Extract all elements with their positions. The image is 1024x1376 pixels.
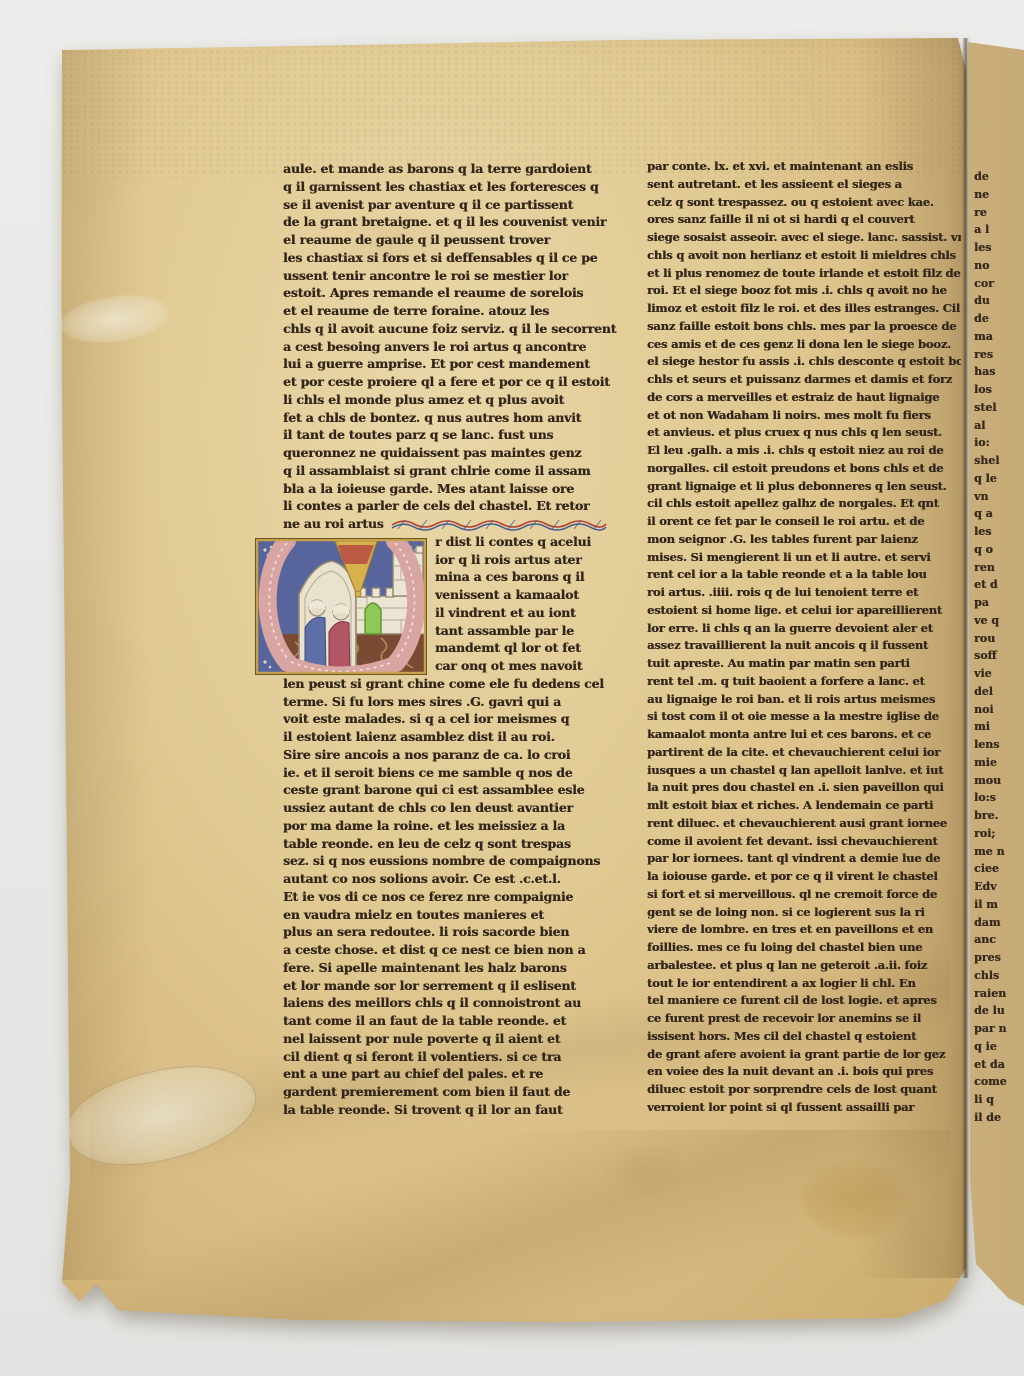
text-line-fragment: les — [974, 239, 1024, 257]
text-line: par conte. lx. et xvi. et maintenant an … — [647, 158, 961, 176]
text-line: tant come il an faut de la table reonde.… — [283, 1012, 635, 1030]
text-line: por ma dame la roine. et les meissiez a … — [283, 817, 635, 835]
text-line: ussent tenir ancontre le roi se mestier … — [283, 267, 635, 285]
text-line: si tost com il ot oie messe a la mestre … — [647, 708, 961, 726]
text-line: et por ceste proiere ql a fere et por ce… — [283, 373, 635, 391]
text-line: lui a guerre amprise. Et por cest mandem… — [283, 355, 635, 373]
text-line: gardent premierement com bien il faut de — [283, 1083, 635, 1101]
text-line: il estoient laienz asamblez dist il au r… — [283, 728, 635, 746]
text-line: q il garnissent les chastiax et les fort… — [283, 178, 635, 196]
text-line-fragment: los — [974, 381, 1024, 399]
text-line: estoient si home lige. et celui ior apar… — [647, 602, 961, 620]
text-line-fragment: mie — [974, 754, 1024, 772]
text-line-fragment: cor — [974, 275, 1024, 293]
text-line-fragment: me n — [974, 843, 1024, 861]
text-line: chls q il avoit aucune foiz serviz. q il… — [283, 320, 635, 338]
text-line-fragment: rou — [974, 630, 1024, 648]
text-line: ce furent prest de recevoir lor anemins … — [647, 1010, 961, 1028]
text-line-fragment: et d — [974, 576, 1024, 594]
text-line: a ceste chose. et dist q ce nest ce bien… — [283, 941, 635, 959]
text-line: il tant de toutes parz q se lanc. fust u… — [283, 426, 635, 444]
text-line: arbalestee. et plus q lan ne geteroit .a… — [647, 957, 961, 975]
text-line: roi. Et el siege booz fot mis .i. chls q… — [647, 282, 961, 300]
text-line: ie. et il seroit biens ce me samble q no… — [283, 764, 635, 782]
text-line-fragment: res — [974, 346, 1024, 364]
initial-intro-line: ne au roi artus — [283, 515, 635, 533]
text-line: ussiez autant de chls co len deust avant… — [283, 799, 635, 817]
text-line: len peust si grant chine come ele fu ded… — [283, 675, 635, 693]
text-line: foillies. mes ce fu loing del chastel bi… — [647, 939, 961, 957]
text-line: tout le ior entendirent a ax logier li c… — [647, 975, 961, 993]
text-line-fragment: les — [974, 523, 1024, 541]
manuscript-photo: aule. et mande as barons q la terre gard… — [0, 0, 1024, 1376]
text-line: norgalles. cil estoit preudons et bons c… — [647, 460, 961, 478]
text-line: cil chls estoit apellez galhz de norgale… — [647, 495, 961, 513]
text-line-fragment: mou — [974, 772, 1024, 790]
text-line: si fort et si merveillous. ql ne cremoit… — [647, 886, 961, 904]
text-line: rent tel .m. q tuit baoient a forfere a … — [647, 673, 961, 691]
text-line: r dist li contes q acelui — [435, 533, 635, 551]
text-line: li chls el monde plus amez et q plus avo… — [283, 391, 635, 409]
text-line: limoz et estoit filz le roi. et des ille… — [647, 300, 961, 318]
text-line: ceste grant barone qui ci est assamblee … — [283, 781, 635, 799]
text-line: ne au roi artus — [283, 515, 384, 533]
text-line-fragment: io: — [974, 434, 1024, 452]
parchment-stain — [800, 1160, 910, 1240]
text-line-fragment: ne — [974, 186, 1024, 204]
text-line: car onq ot mes navoit — [435, 657, 635, 675]
historiated-initial — [255, 538, 427, 675]
text-line: roi artus. .iiii. rois q de lui tenoient… — [647, 584, 961, 602]
text-line: lor erre. li chls q an la guerre devoien… — [647, 620, 961, 638]
text-line: autant co nos solions avoir. Ce est .c.e… — [283, 870, 635, 888]
text-line: come il avoient fet devant. issi chevauc… — [647, 833, 961, 851]
text-line-fragment: a l — [974, 221, 1024, 239]
text-line-fragment: de — [974, 310, 1024, 328]
text-line-fragment: anc — [974, 931, 1024, 949]
text-line: laiens des meillors chls q il connoistro… — [283, 994, 635, 1012]
text-line-fragment: re — [974, 204, 1024, 222]
text-line: el siege hestor fu assis .i. chls descon… — [647, 353, 961, 371]
text-line: et el reaume de terre foraine. atouz les — [283, 302, 635, 320]
text-line: ior q li rois artus ater — [435, 551, 635, 569]
text-line-fragment: has — [974, 363, 1024, 381]
text-line: aule. et mande as barons q la terre gard… — [283, 160, 635, 178]
text-line: tuit apreste. Au matin par matin sen par… — [647, 655, 961, 673]
left-lower-block: len peust si grant chine come ele fu ded… — [283, 675, 635, 1119]
text-line-fragment: et da — [974, 1056, 1024, 1074]
parchment-stain — [600, 1140, 690, 1200]
text-line-fragment: lens — [974, 736, 1024, 754]
text-line: fet a chls de bontez. q nus autres hom a… — [283, 409, 635, 427]
parchment-scar — [57, 289, 172, 350]
text-line: tel maniere ce furent cil de lost logie.… — [647, 992, 961, 1010]
text-line: par lor iornees. tant ql vindrent a demi… — [647, 850, 961, 868]
text-line: de cors a merveilles et estraiz de haut … — [647, 389, 961, 407]
text-line: sez. si q nos eussions nombre de compaig… — [283, 852, 635, 870]
text-line: partirent de la cite. et chevauchierent … — [647, 744, 961, 762]
text-line-fragment: Edv — [974, 878, 1024, 896]
text-line-fragment: il de — [974, 1109, 1024, 1127]
text-line: terme. Si fu lors mes sires .G. gavri qu… — [283, 693, 635, 711]
left-upper-block: aule. et mande as barons q la terre gard… — [283, 160, 635, 515]
text-line: q il assamblaist si grant chlrie come il… — [283, 462, 635, 480]
text-line: mises. Si mengierent li un et li autre. … — [647, 549, 961, 567]
text-line: nel laissent por nule poverte q il aient… — [283, 1030, 635, 1048]
text-line: grant lignaige et li plus debonneres q l… — [647, 478, 961, 496]
text-line-fragment: q a — [974, 505, 1024, 523]
text-line: et li plus renomez de toute irlande et e… — [647, 265, 961, 283]
text-line-fragment: q o — [974, 541, 1024, 559]
pen-flourish-line-filler — [390, 517, 608, 531]
text-line: venissent a kamaalot — [435, 586, 635, 604]
text-line: verroient lor point si ql fussent assail… — [647, 1099, 961, 1117]
text-line-fragment: shel — [974, 452, 1024, 470]
text-line: au lignaige le roi ban. et li rois artus… — [647, 691, 961, 709]
text-line: rent diluec. et chevauchierent ausi gran… — [647, 815, 961, 833]
text-line: siege sosaist asseoir. avec el siege. la… — [647, 229, 961, 247]
text-line-fragment: stel — [974, 399, 1024, 417]
text-line-fragment: chls — [974, 967, 1024, 985]
text-line: fere. Si apelle maintenant les halz baro… — [283, 959, 635, 977]
text-line-fragment: de lu — [974, 1002, 1024, 1020]
text-line: mina a ces barons q il — [435, 568, 635, 586]
text-line: la ioiouse garde. et por ce q il virent … — [647, 868, 961, 886]
text-line: les chastiax si fors et si deffensables … — [283, 249, 635, 267]
text-column-right: par conte. lx. et xvi. et maintenant an … — [647, 158, 961, 1117]
text-line: ores sanz faille il ni ot si hardi q el … — [647, 211, 961, 229]
text-line-fragment: vie — [974, 665, 1024, 683]
text-line: celz q sont trespassez. ou q estoient av… — [647, 194, 961, 212]
text-line-fragment: bre. — [974, 807, 1024, 825]
text-line-fragment: al — [974, 417, 1024, 435]
text-line-fragment: pres — [974, 949, 1024, 967]
gutter-fold-line — [962, 38, 969, 1278]
text-line: Et ie vos di ce nos ce ferez nre compaig… — [283, 888, 635, 906]
text-line-fragment: ciee — [974, 860, 1024, 878]
text-line: kamaalot monta antre lui et ces barons. … — [647, 726, 961, 744]
text-line-fragment: li q — [974, 1091, 1024, 1109]
text-line: gent se de loing non. si ce logierent su… — [647, 904, 961, 922]
text-line-fragment: noi — [974, 701, 1024, 719]
text-line: bla a la ioieuse garde. Mes atant laisse… — [283, 480, 635, 498]
text-line: issisent hors. Mes cil del chastel q est… — [647, 1028, 961, 1046]
text-line-fragment: mi — [974, 718, 1024, 736]
text-line: sent autretant. et les assieent el siege… — [647, 176, 961, 194]
text-line: mandemt ql lor ot fet — [435, 639, 635, 657]
text-line: ces amis et de ces genz li dona len le s… — [647, 336, 961, 354]
text-line-fragment: il m — [974, 896, 1024, 914]
text-line: voit este malades. si q a cel ior meisme… — [283, 710, 635, 728]
text-line: en voiee des la nuit devant an .i. bois … — [647, 1063, 961, 1081]
text-line-fragment: vn — [974, 488, 1024, 506]
text-line: tant assamble par le — [435, 622, 635, 640]
text-line-fragment: q le — [974, 470, 1024, 488]
text-line: sanz faille estoit bons chls. mes par la… — [647, 318, 961, 336]
text-line-fragment: ma — [974, 328, 1024, 346]
text-line: cil dient q si feront il volentiers. si … — [283, 1048, 635, 1066]
text-line: chls et seurs et puissanz darmes et dami… — [647, 371, 961, 389]
text-line: ent a une part au chief del pales. et re — [283, 1065, 635, 1083]
text-line: il vindrent et au iont — [435, 604, 635, 622]
text-line: Sire sire ancois a nos paranz de ca. lo … — [283, 746, 635, 764]
text-line-fragment: pa — [974, 594, 1024, 612]
text-line: a cest besoing anvers le roi artus q anc… — [283, 338, 635, 356]
text-line: viere de lombre. en tres et en paveillon… — [647, 921, 961, 939]
text-line: assez travaillierent la nuit ancois q il… — [647, 637, 961, 655]
text-line: la nuit pres dou chastel en .i. sien pav… — [647, 779, 961, 797]
text-line-fragment: ren — [974, 559, 1024, 577]
text-line: et lor mande sor lor serrement q il esli… — [283, 977, 635, 995]
text-line: el reaume de gaule q il peussent trover — [283, 231, 635, 249]
text-line: et anvieus. et plus cruex q nus chls q l… — [647, 424, 961, 442]
text-line: iusques a un chastel q lan apelloit lanl… — [647, 762, 961, 780]
text-line: queronnez ne quidaissent pas maintes gen… — [283, 444, 635, 462]
text-line-fragment: roi; — [974, 825, 1024, 843]
text-line: plus an sera redoutee. li rois sacorde b… — [283, 923, 635, 941]
parchment-crease — [70, 1130, 950, 1330]
historiated-initial-art — [255, 538, 427, 675]
text-line-fragment: soff — [974, 647, 1024, 665]
text-line-fragment: del — [974, 683, 1024, 701]
text-line: mlt estoit biax et riches. A lendemain c… — [647, 797, 961, 815]
parchment-grain-texture — [62, 38, 966, 178]
text-line: table reonde. en leu de celz q sont tres… — [283, 835, 635, 853]
text-line-fragment: du — [974, 292, 1024, 310]
text-line: El leu .galh. a mis .i. chls q estoit ni… — [647, 442, 961, 460]
text-line: la table reonde. Si trovent q il lor an … — [283, 1101, 635, 1119]
text-line-fragment: lo:s — [974, 789, 1024, 807]
text-line-fragment: come — [974, 1073, 1024, 1091]
text-line: il orent ce fet par le conseil le roi ar… — [647, 513, 961, 531]
text-line: diluec estoit por sorprendre cels de los… — [647, 1081, 961, 1099]
text-line: mon seignor .G. les tables furent par la… — [647, 531, 961, 549]
text-line: et ot non Wadaham li noirs. mes molt fu … — [647, 407, 961, 425]
text-line: se il avenist par aventure q il ce parti… — [283, 196, 635, 214]
text-line: li contes a parler de cels del chastel. … — [283, 497, 635, 515]
text-line: chls q avoit non herlianz et estoit li m… — [647, 247, 961, 265]
text-line: de la grant bretaigne. et q il les couve… — [283, 213, 635, 231]
text-line: de grant afere avoient ia grant partie d… — [647, 1046, 961, 1064]
text-line: estoit. Apres remande el reaume de sorel… — [283, 284, 635, 302]
initial-green-door — [365, 603, 381, 634]
next-folio-text-fragments: denerea llesnocordudemareshaslosstelalio… — [974, 168, 1024, 1127]
parchment-repair-patch — [58, 1048, 266, 1182]
text-line-fragment: de — [974, 168, 1024, 186]
text-line-fragment: no — [974, 257, 1024, 275]
text-line: en vaudra mielz en toutes manieres et — [283, 906, 635, 924]
left-edge-shading — [62, 50, 152, 1280]
text-line-fragment: dam — [974, 914, 1024, 932]
text-line-fragment: ve q — [974, 612, 1024, 630]
text-line-fragment: par n — [974, 1020, 1024, 1038]
text-line-fragment: raien — [974, 985, 1024, 1003]
text-line-fragment: q ie — [974, 1038, 1024, 1056]
text-line: rent cel ior a la table reonde et a la t… — [647, 566, 961, 584]
